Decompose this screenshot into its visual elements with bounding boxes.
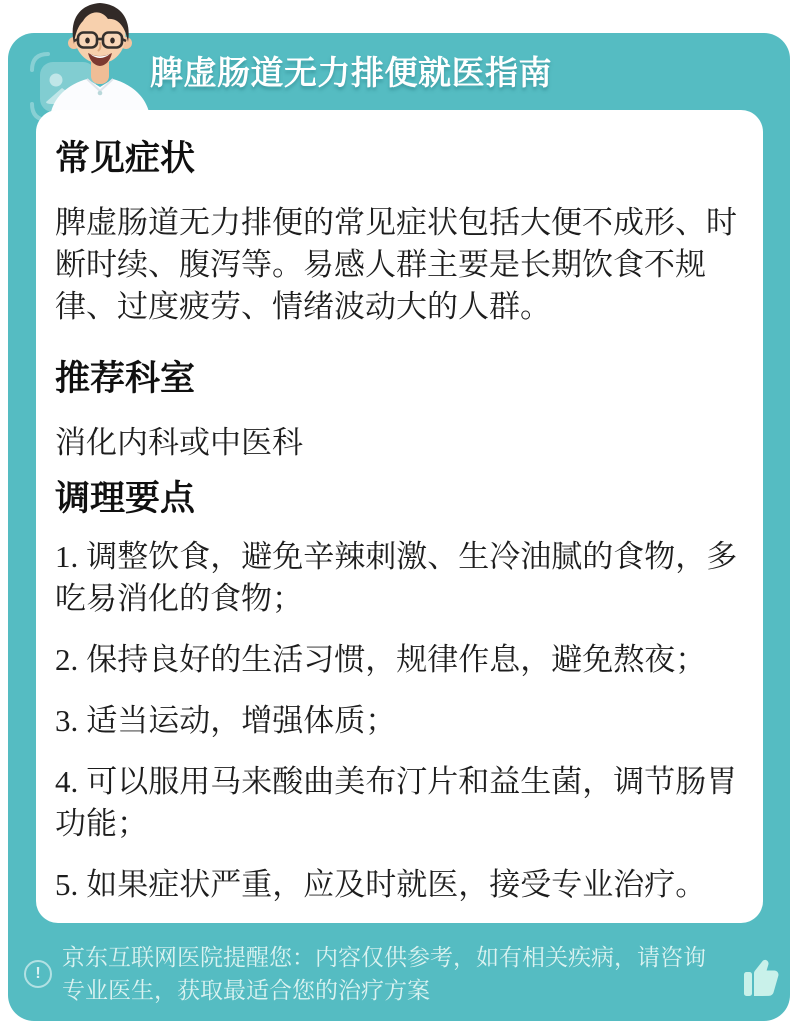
list-item: 1.调整饮食，避免辛辣刺激、生冷油腻的食物，多吃易消化的食物； [55, 536, 741, 620]
list-item: 4.可以服用马来酸曲美布汀片和益生菌，调节肠胃功能； [55, 761, 741, 845]
department-body: 消化内科或中医科 [55, 422, 741, 464]
list-item-text: 适当运动，增强体质； [86, 703, 396, 738]
list-item-number: 5. [55, 867, 78, 902]
section-care-points: 调理要点 1.调整饮食，避免辛辣刺激、生冷油腻的食物，多吃易消化的食物； 2.保… [55, 476, 741, 906]
section-recommended-department: 推荐科室 消化内科或中医科 [55, 356, 741, 464]
symptoms-heading: 常见症状 [55, 136, 741, 182]
list-item-text: 保持良好的生活习惯，规律作息，避免熬夜； [86, 642, 706, 677]
content-card: 常见症状 脾虚肠道无力排便的常见症状包括大便不成形、时断时续、腹泻等。易感人群主… [36, 110, 763, 923]
doctor-avatar [45, 0, 155, 118]
list-item-number: 3. [55, 703, 78, 738]
list-item-text: 如果症状严重，应及时就医，接受专业治疗。 [86, 867, 706, 902]
symptoms-body: 脾虚肠道无力排便的常见症状包括大便不成形、时断时续、腹泻等。易感人群主要是长期饮… [55, 202, 741, 328]
remedies-heading: 调理要点 [55, 476, 741, 522]
remedy-list: 1.调整饮食，避免辛辣刺激、生冷油腻的食物，多吃易消化的食物； 2.保持良好的生… [55, 536, 741, 906]
list-item-number: 2. [55, 642, 78, 677]
list-item-number: 1. [55, 539, 78, 574]
exclamation-circle-icon: ! [24, 960, 52, 988]
list-item-number: 4. [55, 764, 78, 799]
footer-notice-text: 京东互联网医院提醒您：内容仅供参考，如有相关疾病，请咨询专业医生，获取最适合您的… [62, 941, 726, 1007]
department-heading: 推荐科室 [55, 356, 741, 402]
list-item-text: 可以服用马来酸曲美布汀片和益生菌，调节肠胃功能； [55, 764, 737, 841]
list-item: 5.如果症状严重，应及时就医，接受专业治疗。 [55, 864, 741, 906]
footer-disclaimer: ! 京东互联网医院提醒您：内容仅供参考，如有相关疾病，请咨询专业医生，获取最适合… [24, 941, 776, 1007]
page-title: 脾虚肠道无力排便就医指南 [150, 53, 552, 93]
list-item: 3.适当运动，增强体质； [55, 700, 741, 742]
section-common-symptoms: 常见症状 脾虚肠道无力排便的常见症状包括大便不成形、时断时续、腹泻等。易感人群主… [55, 136, 741, 328]
list-item-text: 调整饮食，避免辛辣刺激、生冷油腻的食物，多吃易消化的食物； [55, 539, 737, 616]
list-item: 2.保持良好的生活习惯，规律作息，避免熬夜； [55, 639, 741, 681]
thumbs-up-icon[interactable] [736, 952, 784, 1000]
